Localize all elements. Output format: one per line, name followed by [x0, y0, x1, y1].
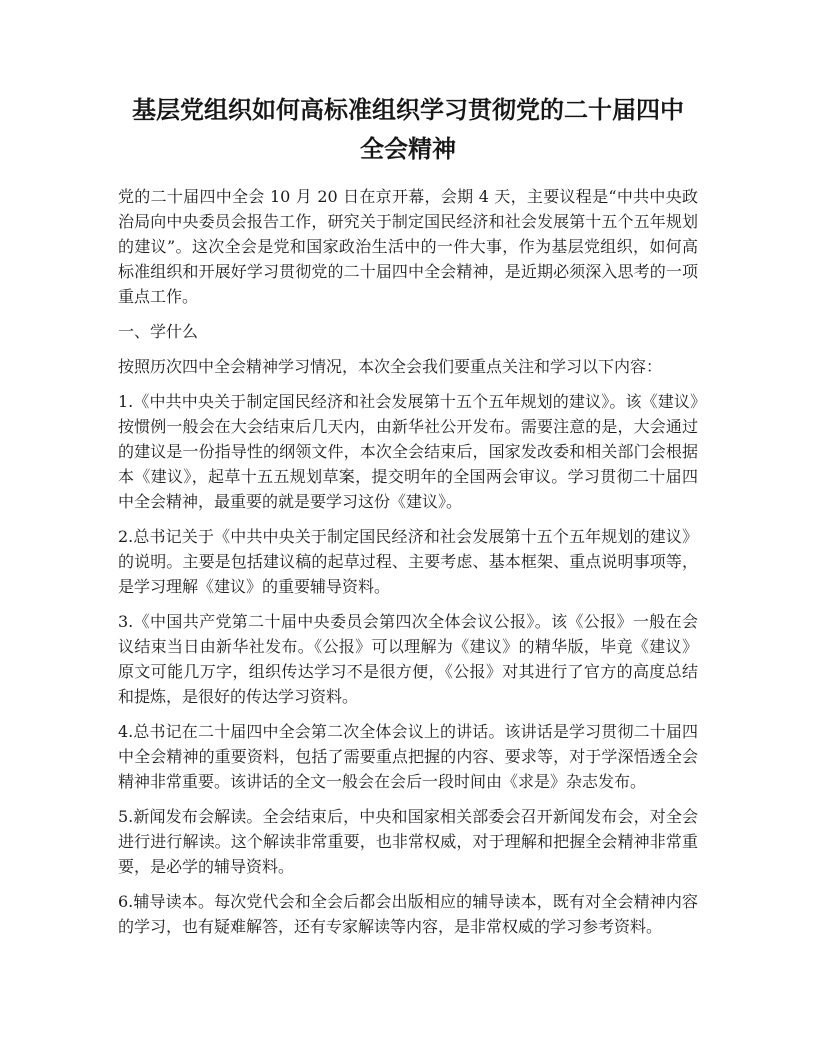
section-heading-learn-what: 一、学什么 [118, 319, 698, 344]
section-lead-paragraph: 按照历次四中全会精神学习情况，本次全会我们要重点关注和学习以下内容： [118, 354, 698, 379]
list-item-5: 5.新闻发布会解读。全会结束后，中央和国家相关部委会召开新闻发布会，对全会进行进… [118, 804, 698, 879]
intro-paragraph: 党的二十届四中全会 10 月 20 日在京开幕，会期 4 天，主要议程是“中共中… [118, 184, 698, 309]
list-item-6: 6.辅导读本。每次党代会和全会后都会出版相应的辅导读本，既有对全会精神内容的学习… [118, 889, 698, 939]
list-item-3: 3.《中国共产党第二十届中央委员会第四次全体会议公报》。该《公报》一般在会议结束… [118, 609, 698, 709]
list-item-1: 1.《中共中央关于制定国民经济和社会发展第十五个五年规划的建议》。该《建议》按惯… [118, 389, 698, 514]
document-page: 基层党组织如何高标准组织学习贯彻党的二十届四中全会精神 党的二十届四中全会 10… [0, 0, 816, 1056]
document-title: 基层党组织如何高标准组织学习贯彻党的二十届四中全会精神 [125, 90, 691, 168]
list-item-4: 4.总书记在二十届四中全会第二次全体会议上的讲话。该讲话是学习贯彻二十届四中全会… [118, 719, 698, 794]
list-item-2: 2.总书记关于《中共中央关于制定国民经济和社会发展第十五个五年规划的建议》的说明… [118, 524, 698, 599]
